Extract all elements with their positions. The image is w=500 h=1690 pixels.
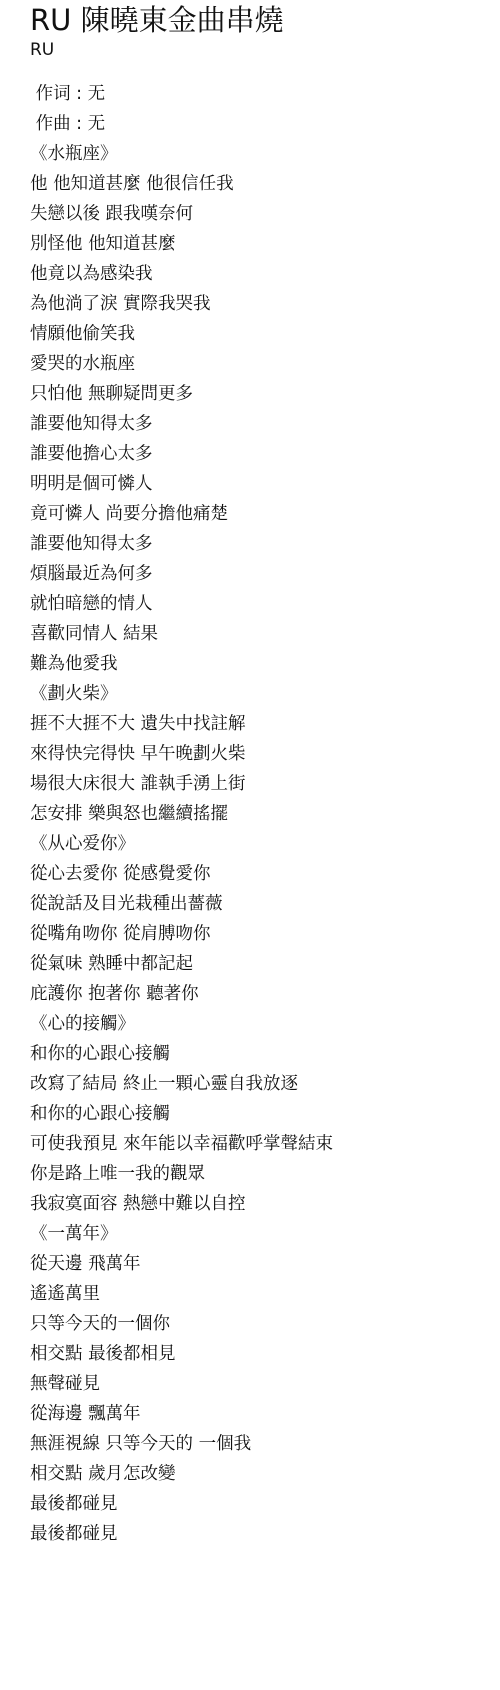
lyric-line: 改寫了結局 終止一顆心靈自我放逐 xyxy=(30,1069,490,1099)
lyric-line: 相交點 歲月怎改變 xyxy=(30,1459,490,1489)
lyric-line: 從氣味 熟睡中都記起 xyxy=(30,949,490,979)
lyric-line: 從海邊 飄萬年 xyxy=(30,1399,490,1429)
lyric-line: 就怕暗戀的情人 xyxy=(30,589,490,619)
lyric-line: 誰要他知得太多 xyxy=(30,529,490,559)
lyric-line: 怎安排 樂與怒也繼續搖擺 xyxy=(30,799,490,829)
lyric-line: 從心去愛你 從感覺愛你 xyxy=(30,859,490,889)
lyric-line: 最後都碰見 xyxy=(30,1489,490,1519)
lyric-line: 情願他偷笑我 xyxy=(30,319,490,349)
lyric-line: 從天邊 飛萬年 xyxy=(30,1249,490,1279)
lyric-line: 失戀以後 跟我嘆奈何 xyxy=(30,199,490,229)
lyrics-body: 作词 : 无 作曲 : 无《水瓶座》他 他知道甚麼 他很信任我失戀以後 跟我嘆奈… xyxy=(30,79,490,1549)
lyric-line: 可使我預見 來年能以幸福歡呼掌聲結束 xyxy=(30,1129,490,1159)
lyric-line: 明明是個可憐人 xyxy=(30,469,490,499)
lyric-line: 誰要他知得太多 xyxy=(30,409,490,439)
lyric-line: 從嘴角吻你 從肩膊吻你 xyxy=(30,919,490,949)
lyric-line: 只怕他 無聊疑問更多 xyxy=(30,379,490,409)
lyric-line: 和你的心跟心接觸 xyxy=(30,1039,490,1069)
lyric-line: 只等今天的一個你 xyxy=(30,1309,490,1339)
lyric-line: 庇護你 抱著你 聽著你 xyxy=(30,979,490,1009)
lyric-line: 場很大床很大 誰執手湧上街 xyxy=(30,769,490,799)
lyric-line: 相交點 最後都相見 xyxy=(30,1339,490,1369)
lyric-line: 喜歡同情人 結果 xyxy=(30,619,490,649)
lyric-line: 從說話及目光栽種出薔薇 xyxy=(30,889,490,919)
lyrics-page: RU 陳曉東金曲串燒 RU 作词 : 无 作曲 : 无《水瓶座》他 他知道甚麼 … xyxy=(30,0,490,1549)
lyric-line: 竟可憐人 尚要分擔他痛楚 xyxy=(30,499,490,529)
lyric-line: 你是路上唯一我的觀眾 xyxy=(30,1159,490,1189)
lyric-line: 《从心爱你》 xyxy=(30,829,490,859)
lyric-line: 來得快完得快 早午晚劃火柴 xyxy=(30,739,490,769)
lyric-line: 煩腦最近為何多 xyxy=(30,559,490,589)
lyric-line: 遙遙萬里 xyxy=(30,1279,490,1309)
lyric-line: 無聲碰見 xyxy=(30,1369,490,1399)
song-title: RU 陳曉東金曲串燒 xyxy=(30,0,490,39)
lyric-line: 《一萬年》 xyxy=(30,1219,490,1249)
lyric-line: 愛哭的水瓶座 xyxy=(30,349,490,379)
lyric-line: 無涯視線 只等今天的 一個我 xyxy=(30,1429,490,1459)
lyric-line: 《水瓶座》 xyxy=(30,139,490,169)
lyric-line: 最後都碰見 xyxy=(30,1519,490,1549)
lyric-line: 他 他知道甚麼 他很信任我 xyxy=(30,169,490,199)
lyric-line: 《心的接觸》 xyxy=(30,1009,490,1039)
lyric-line: 作曲 : 无 xyxy=(30,109,490,139)
artist-name: RU xyxy=(30,39,490,61)
lyric-line: 和你的心跟心接觸 xyxy=(30,1099,490,1129)
lyric-line: 別怪他 他知道甚麼 xyxy=(30,229,490,259)
lyric-line: 為他淌了淚 實際我哭我 xyxy=(30,289,490,319)
lyric-line: 作词 : 无 xyxy=(30,79,490,109)
lyric-line: 難為他愛我 xyxy=(30,649,490,679)
lyric-line: 誰要他擔心太多 xyxy=(30,439,490,469)
lyric-line: 我寂寞面容 熱戀中難以自控 xyxy=(30,1189,490,1219)
lyric-line: 《劃火柴》 xyxy=(30,679,490,709)
lyric-line: 他竟以為感染我 xyxy=(30,259,490,289)
lyric-line: 捱不大捱不大 遺失中找註解 xyxy=(30,709,490,739)
